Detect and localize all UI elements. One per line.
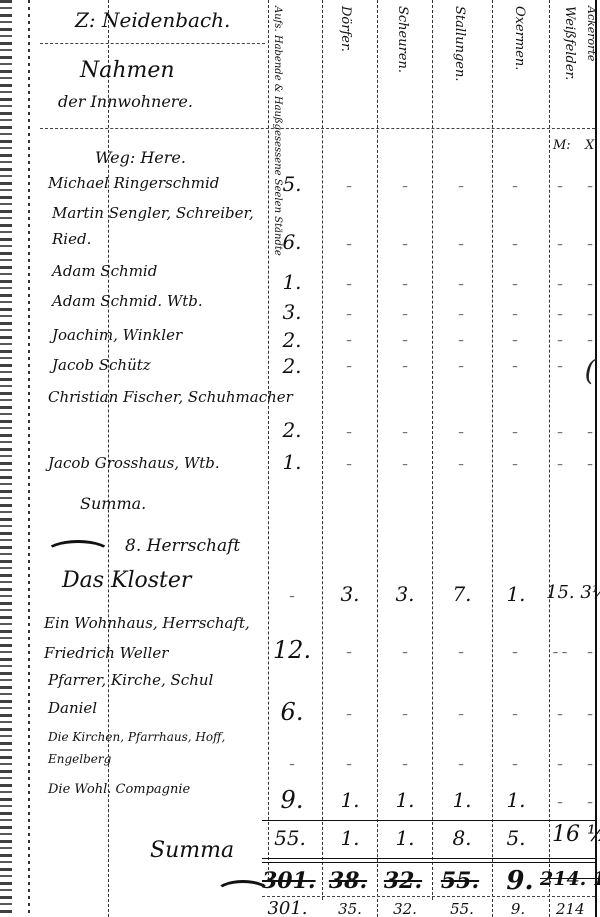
ledger-page: Z: Neidenbach. Nahmen der Innwohnere. Au…: [0, 0, 600, 917]
row-value: –: [390, 646, 420, 659]
row-value: –: [575, 180, 600, 193]
row-name: Die Kirchen, Pfarrhaus, Hoff, Engelberg: [48, 726, 268, 770]
column-rule: [268, 0, 269, 880]
row-name: Jacob Schütz: [52, 356, 151, 374]
total-value: 16 ½: [552, 822, 600, 847]
row-value: –: [500, 426, 530, 439]
row-value: 1.: [496, 582, 536, 606]
binding-edge: [0, 0, 12, 917]
row-value: –: [545, 308, 575, 321]
row-value: –: [545, 180, 575, 193]
row-value: 15. 3½: [546, 582, 600, 603]
row-seelen: 2.: [272, 418, 312, 442]
document-title: Z: Neidenbach.: [75, 8, 230, 32]
row-value: –: [545, 360, 575, 373]
unit-mark-m: M:: [553, 138, 571, 153]
row-value: – –: [545, 646, 575, 659]
column-header-doerfer: Dörfer.: [338, 6, 353, 52]
row-value: –: [545, 708, 575, 721]
row-value: –: [390, 458, 420, 471]
total-value: 1.: [385, 826, 425, 850]
row-seelen: 1.: [272, 450, 312, 474]
row-seelen: 6.: [272, 698, 312, 726]
row-value: –: [500, 180, 530, 193]
row-seelen: –: [277, 590, 307, 603]
row-value: 1.: [330, 788, 370, 812]
row-value: –: [334, 708, 364, 721]
row-value: 7.: [442, 582, 482, 606]
total-value: 1.: [330, 826, 370, 850]
row-value: –: [446, 360, 476, 373]
row-name: Michael Ringerschmid: [48, 174, 219, 192]
row-value: –: [500, 278, 530, 291]
row-value: –: [500, 758, 530, 771]
row-value: –: [446, 758, 476, 771]
column-header-stallungen: Stallungen.: [452, 6, 467, 81]
names-subheader: der Innwohnere.: [58, 92, 193, 111]
binding-margin-line: [28, 0, 30, 917]
section-heading: Weg: Here.: [95, 148, 186, 167]
total-value-struck: 38.: [328, 868, 368, 894]
row-value: –: [334, 758, 364, 771]
row-value: –: [446, 334, 476, 347]
row-value: –: [500, 646, 530, 659]
row-value: –: [390, 360, 420, 373]
total-value-struck: 32.: [383, 868, 423, 894]
row-value: –: [334, 308, 364, 321]
row-value: –: [334, 278, 364, 291]
row-name: Die Wohl. Compagnie: [48, 782, 190, 797]
total-value: 214: [556, 900, 585, 917]
column-header-oxermen: Oxermen.: [512, 6, 527, 70]
total-rule: [262, 820, 595, 821]
row-value: –: [446, 646, 476, 659]
total-value: 32.: [385, 900, 425, 917]
row-seelen: 2.: [272, 328, 312, 352]
row-value: –: [575, 796, 600, 809]
header-rule: [40, 43, 265, 44]
row-value: –: [334, 458, 364, 471]
row-seelen: 6.: [272, 230, 312, 254]
column-rule: [377, 0, 378, 917]
row-value: –: [446, 180, 476, 193]
row-seelen: 5.: [272, 172, 312, 196]
names-header: Nahmen: [80, 58, 175, 83]
row-seelen: –: [277, 758, 307, 771]
row-value: –: [500, 360, 530, 373]
row-value: –: [500, 458, 530, 471]
column-rule: [432, 0, 433, 900]
row-name: Christian Fischer, Schuhmacher: [48, 388, 293, 406]
summa-label: Summa.: [80, 494, 146, 513]
row-value: –: [390, 426, 420, 439]
column-rule: [492, 0, 493, 917]
total-value-struck: 55.: [440, 868, 480, 894]
row-value: –: [575, 238, 600, 251]
row-value: –: [545, 426, 575, 439]
row-seelen: 1.: [272, 270, 312, 294]
row-name: Joachim, Winkler: [52, 326, 182, 344]
row-value: –: [500, 238, 530, 251]
row-name: Jacob Grosshaus, Wtb.: [48, 454, 220, 472]
row-name: Adam Schmid: [52, 262, 157, 280]
total-value: 55.: [270, 826, 310, 850]
row-name: Das Kloster: [62, 568, 191, 593]
row-value: –: [575, 646, 600, 659]
column-header-scheuren: Scheuren.: [395, 6, 410, 73]
row-value: –: [545, 796, 575, 809]
row-value: 3.: [385, 582, 425, 606]
row-value: –: [390, 238, 420, 251]
total-value-struck: 9.: [500, 866, 540, 896]
row-value: –: [390, 334, 420, 347]
row-value: –: [334, 180, 364, 193]
row-value: –: [446, 708, 476, 721]
total-value: 9.: [498, 900, 538, 917]
total-value: 35.: [330, 900, 370, 917]
row-value: –: [575, 278, 600, 291]
row-value: 1.: [385, 788, 425, 812]
row-seelen: 2.: [272, 354, 312, 378]
row-value: 1.: [496, 788, 536, 812]
flourish-icon: [45, 540, 111, 566]
total-rule: [262, 862, 595, 863]
totals-summa-label: Summa: [150, 838, 234, 863]
section-heading: 8. Herrschaft: [125, 536, 240, 556]
row-value: –: [390, 278, 420, 291]
row-value: 1.: [442, 788, 482, 812]
row-value: –: [446, 426, 476, 439]
row-value: –: [575, 426, 600, 439]
total-value-struck: 301.: [262, 868, 312, 894]
row-value: –: [545, 334, 575, 347]
unit-mark-x: X: [585, 138, 594, 153]
row-value: –: [390, 308, 420, 321]
total-value: 301.: [265, 898, 310, 917]
row-name: Pfarrer, Kirche, Schul Daniel: [48, 666, 248, 722]
row-value: –: [390, 708, 420, 721]
row-value: –: [500, 708, 530, 721]
row-value: –: [500, 308, 530, 321]
row-value: –: [575, 458, 600, 471]
row-value: –: [545, 758, 575, 771]
row-value: –: [545, 238, 575, 251]
row-value: –: [390, 758, 420, 771]
row-value: –: [390, 180, 420, 193]
row-value: –: [500, 334, 530, 347]
total-value: 5.: [496, 826, 536, 850]
total-rule: [262, 896, 595, 897]
row-name: Ein Wohnhaus, Herrschaft, Friedrich Well…: [44, 608, 264, 668]
row-value: –: [334, 360, 364, 373]
row-value: –: [446, 458, 476, 471]
row-value: –: [575, 708, 600, 721]
row-value: –: [545, 278, 575, 291]
total-value: 55.: [442, 900, 482, 917]
row-value: (: [575, 354, 600, 387]
row-value: –: [545, 458, 575, 471]
row-value: –: [446, 238, 476, 251]
row-name: Adam Schmid. Wtb.: [52, 292, 203, 310]
row-value: –: [575, 334, 600, 347]
row-value: 3.: [330, 582, 370, 606]
column-rule: [322, 0, 323, 900]
row-seelen: 3.: [272, 300, 312, 324]
row-seelen: 12.: [272, 636, 312, 664]
row-value: –: [446, 308, 476, 321]
column-header-seelen: Aufs. Habende & Haußgesessene Seelen Stä…: [272, 6, 283, 131]
column-header-weissfelder: Weißfelder.: [562, 6, 577, 80]
total-rule: [262, 858, 595, 859]
total-value-struck: 214. 1: [540, 868, 600, 890]
row-value: –: [575, 758, 600, 771]
row-value: –: [575, 308, 600, 321]
total-value: 8.: [442, 826, 482, 850]
row-value: –: [334, 334, 364, 347]
row-value: –: [334, 646, 364, 659]
header-rule: [40, 128, 595, 129]
row-value: –: [334, 426, 364, 439]
row-value: –: [446, 278, 476, 291]
column-header-ackerorte: Ackerorte: [585, 6, 598, 61]
row-seelen: 9.: [272, 786, 312, 814]
row-value: –: [334, 238, 364, 251]
row-name: Martin Sengler, Schreiber, Ried.: [52, 200, 262, 252]
